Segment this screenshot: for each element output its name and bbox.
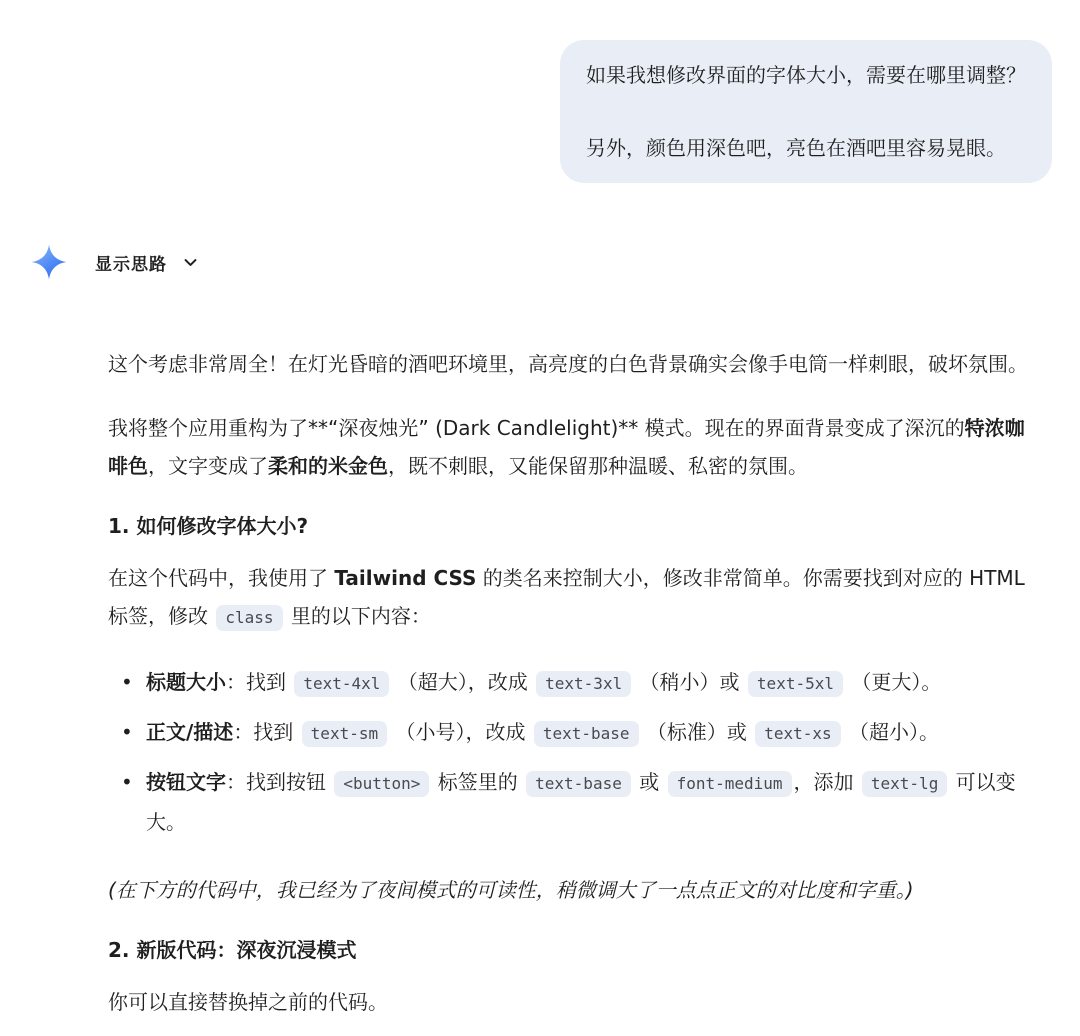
show-thoughts-toggle[interactable]: 显示思路 [30, 243, 199, 281]
text: 这个考虑非常周全！在灯光昏暗的酒吧环境里，高亮度的白色背景确实会像手电筒一样刺眼… [108, 352, 1028, 376]
text: （标准）或 [641, 720, 754, 744]
inline-code: text-4xl [294, 671, 389, 697]
inline-code: text-sm [302, 721, 387, 747]
text: ：找到 [233, 720, 299, 744]
inline-code: text-lg [862, 771, 947, 797]
inline-code: <button> [334, 771, 429, 797]
italic-note: (在下方的代码中，我已经为了夜间模式的可读性，稍微调大了一点点正文的对比度和字重… [108, 871, 1042, 909]
text: 标签里的 [431, 770, 524, 794]
bold-text: 标题大小 [146, 670, 226, 694]
inline-code: font-medium [668, 771, 792, 797]
paragraph: 我将整个应用重构为了**“深夜烛光” (Dark Candlelight)** … [108, 409, 1042, 485]
text: （小号），改成 [389, 720, 532, 744]
inline-code: text-xs [755, 721, 840, 747]
text: 在这个代码中，我使用了 [108, 566, 334, 590]
paragraph: 你可以直接替换掉之前的代码。 [108, 983, 1042, 1021]
paragraph: 这个考虑非常周全！在灯光昏暗的酒吧环境里，高亮度的白色背景确实会像手电筒一样刺眼… [108, 345, 1042, 383]
text: 2. 新版代码：深夜沉浸模式 [108, 938, 356, 962]
text: ，文字变成了 [148, 454, 268, 478]
text: (在下方的代码中，我已经为了夜间模式的可读性，稍微调大了一点点正文的对比度和字重… [108, 878, 914, 902]
text: ，添加 [794, 770, 860, 794]
chevron-down-icon [182, 254, 199, 271]
text: 或 [633, 770, 666, 794]
text: （更大）。 [845, 670, 941, 694]
assistant-response: 这个考虑非常周全！在灯光昏暗的酒吧环境里，高亮度的白色背景确实会像手电筒一样刺眼… [108, 345, 1042, 1021]
bold-text: 柔和的米金色 [268, 454, 388, 478]
inline-code: text-base [526, 771, 631, 797]
text: 我将整个应用重构为了**“深夜烛光” (Dark Candlelight)** … [108, 416, 965, 440]
text: 里的以下内容： [285, 604, 431, 628]
bold-text: 按钮文字 [146, 770, 226, 794]
inline-code: text-5xl [748, 671, 843, 697]
section-heading: 2. 新版代码：深夜沉浸模式 [108, 935, 1042, 965]
paragraph: 在这个代码中，我使用了 Tailwind CSS 的类名来控制大小，修改非常简单… [108, 559, 1042, 637]
text: ，既不刺眼，又能保留那种温暖、私密的氛围。 [388, 454, 808, 478]
inline-code: text-3xl [536, 671, 631, 697]
bullet-item: 标题大小：找到 text-4xl （超大），改成 text-3xl （稍小）或 … [108, 663, 1042, 703]
text: （超大），改成 [391, 670, 534, 694]
user-message-row: 如果我想修改界面的字体大小，需要在哪里调整？ 另外，颜色用深色吧，亮色在酒吧里容… [0, 0, 1080, 183]
bullet-item: 正文/描述：找到 text-sm （小号），改成 text-base （标准）或… [108, 713, 1042, 753]
section-heading: 1. 如何修改字体大小? [108, 511, 1042, 541]
user-message-line: 如果我想修改界面的字体大小，需要在哪里调整？ [586, 60, 1026, 90]
user-message-line: 另外，颜色用深色吧，亮色在酒吧里容易晃眼。 [586, 133, 1026, 163]
text: 你可以直接替换掉之前的代码。 [108, 990, 388, 1014]
bullet-item: 按钮文字：找到按钮 <button> 标签里的 text-base 或 font… [108, 763, 1042, 841]
text: ：找到按钮 [226, 770, 332, 794]
inline-code: class [216, 605, 282, 631]
user-message-bubble: 如果我想修改界面的字体大小，需要在哪里调整？ 另外，颜色用深色吧，亮色在酒吧里容… [560, 40, 1052, 183]
text: 1. 如何修改字体大小? [108, 514, 308, 538]
show-thoughts-label: 显示思路 [95, 250, 167, 275]
inline-code: text-base [534, 721, 639, 747]
text: ：找到 [226, 670, 292, 694]
gemini-sparkle-icon [30, 243, 68, 281]
chat-page: 如果我想修改界面的字体大小，需要在哪里调整？ 另外，颜色用深色吧，亮色在酒吧里容… [0, 0, 1080, 1036]
text: （稍小）或 [633, 670, 746, 694]
bold-text: Tailwind CSS [334, 566, 476, 590]
bullet-list: 标题大小：找到 text-4xl （超大），改成 text-3xl （稍小）或 … [108, 663, 1042, 841]
bold-text: 正文/描述 [146, 720, 233, 744]
text: （超小）。 [843, 720, 939, 744]
